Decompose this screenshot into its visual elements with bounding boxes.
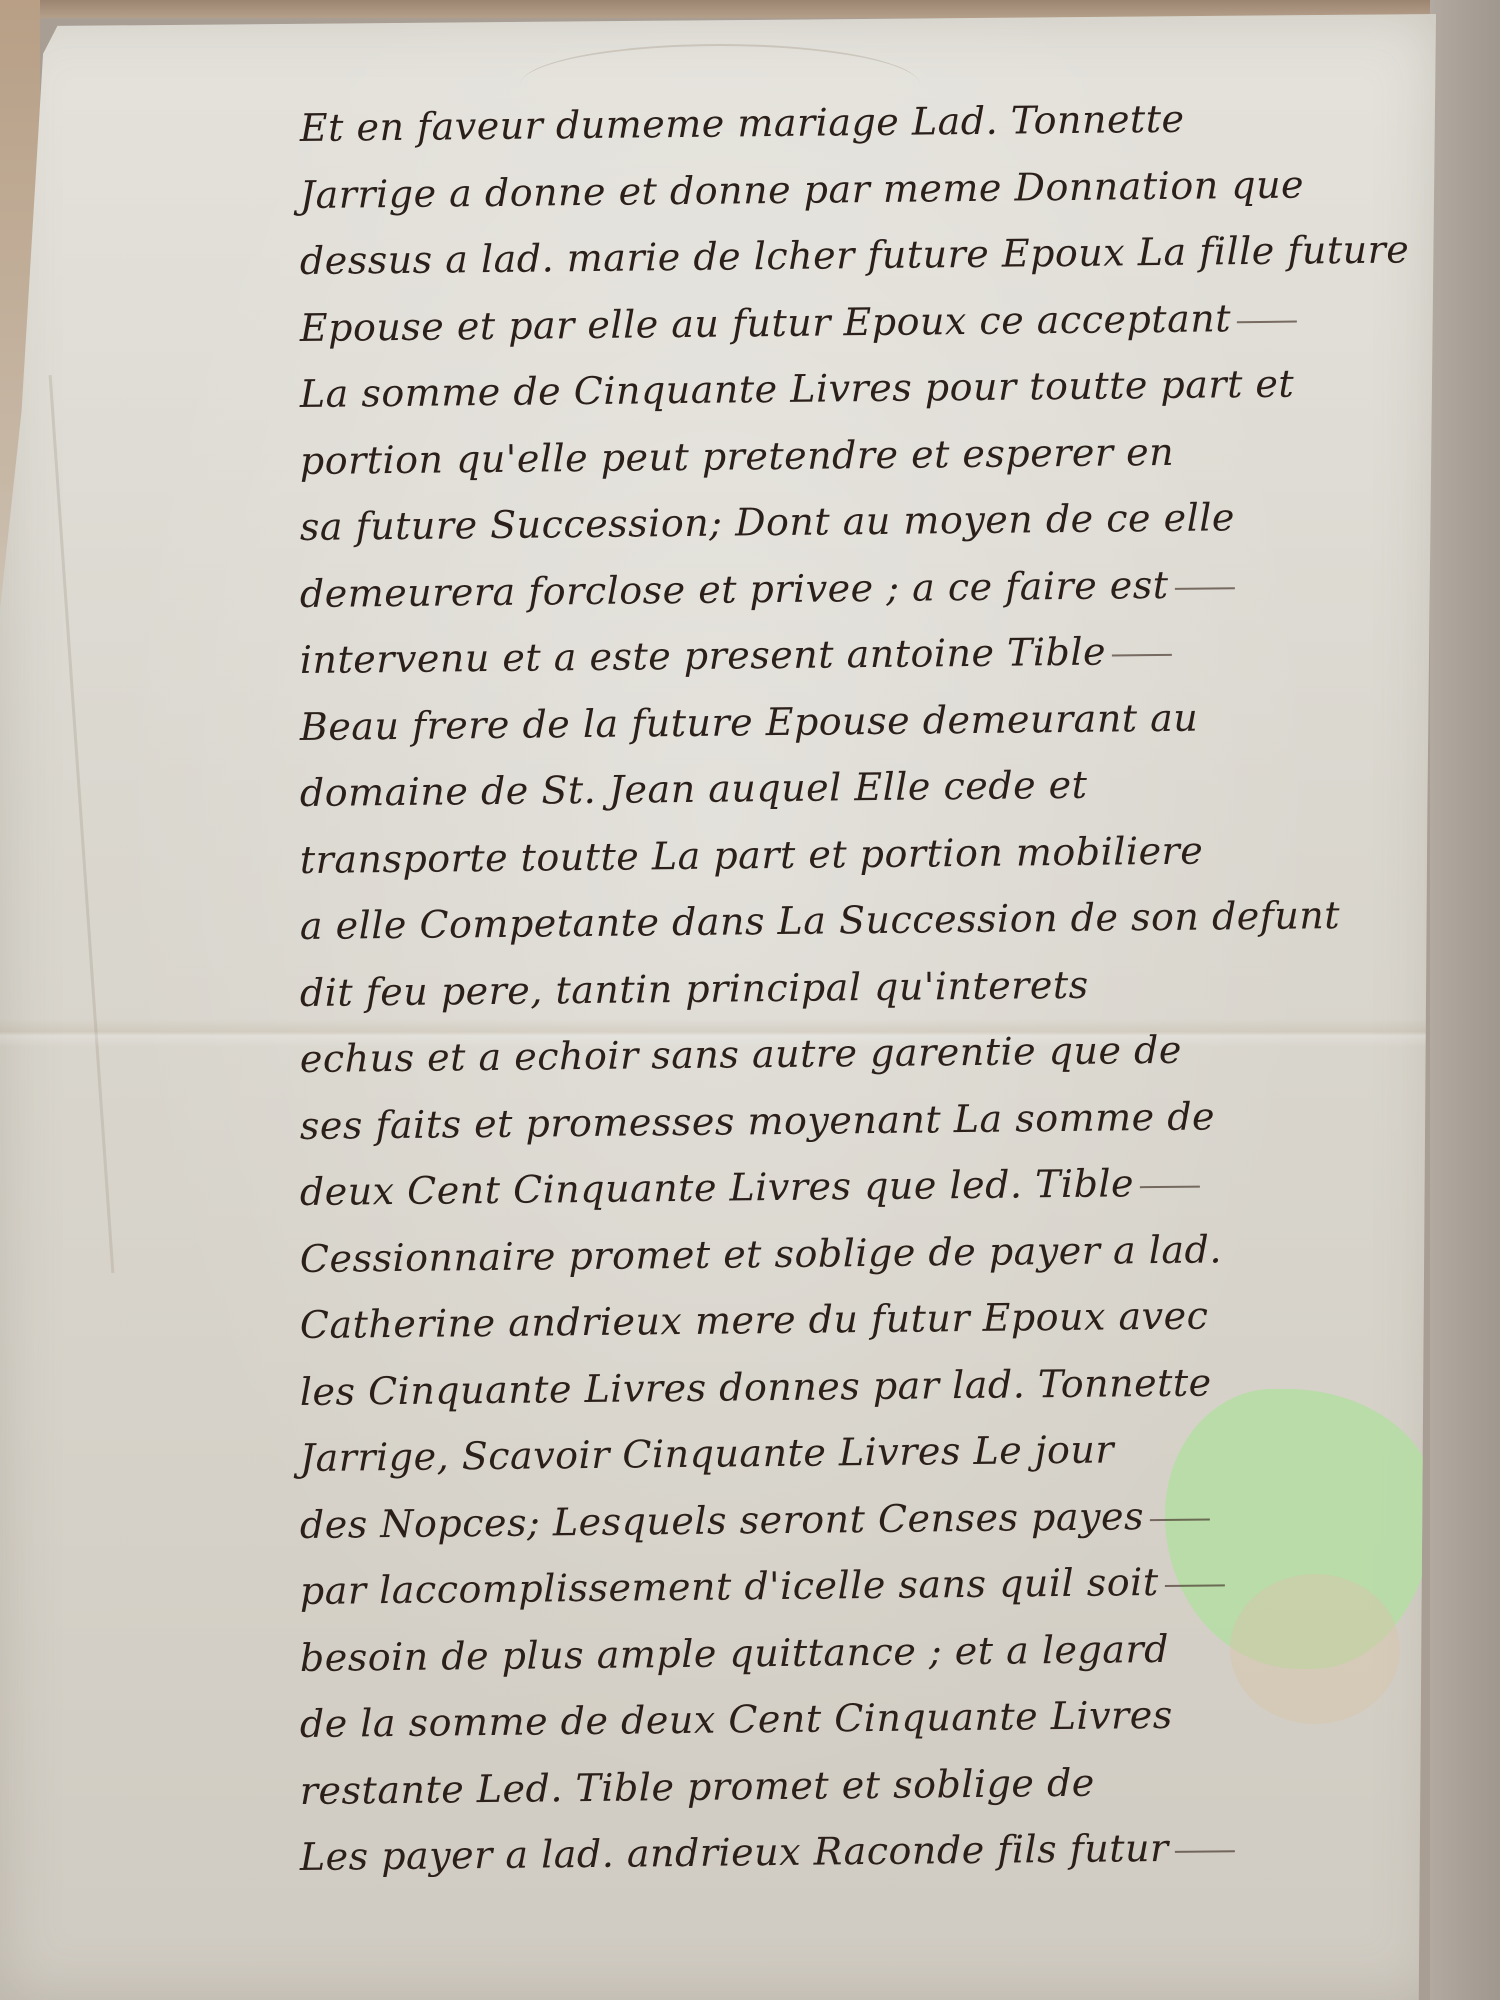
line-filler-dash	[1175, 1850, 1235, 1853]
text-line: La somme de Cinquante Livres pour toutte…	[300, 360, 1411, 438]
text-line: Catherine andrieux mere du futur Epoux a…	[300, 1291, 1411, 1369]
text-line: ses faits et promesses moyenant La somme…	[300, 1092, 1411, 1170]
text-line: Jarrige, Scavoir Cinquante Livres Le jou…	[300, 1424, 1411, 1502]
line-filler-dash	[1175, 586, 1235, 589]
text-line: Beau frere de la future Epouse demeurant…	[300, 693, 1411, 771]
text-line: echus et a echoir sans autre garentie qu…	[300, 1025, 1411, 1103]
text-line: sa future Succession; Dont au moyen de c…	[300, 493, 1411, 571]
text-line: par laccomplissement d'icelle sans quil …	[300, 1557, 1411, 1635]
line-filler-dash	[1165, 1584, 1225, 1587]
paper-crease	[49, 375, 115, 1273]
text-line: des Nopces; Lesquels seront Censes payes	[300, 1491, 1411, 1569]
text-line: Les payer a lad. andrieux Raconde fils f…	[300, 1823, 1411, 1901]
handwritten-text: Et en faveur dumeme mariage Lad. Tonnett…	[300, 106, 1410, 1902]
text-line: dessus a lad. marie de lcher future Epou…	[300, 227, 1411, 305]
text-line: de la somme de deux Cent Cinquante Livre…	[300, 1690, 1411, 1768]
text-line: a elle Competante dans La Succession de …	[300, 892, 1411, 970]
text-line: les Cinquante Livres donnes par lad. Ton…	[300, 1358, 1411, 1436]
text-line: besoin de plus ample quittance ; et a le…	[300, 1624, 1411, 1702]
text-line: deux Cent Cinquante Livres que led. Tibl…	[300, 1158, 1411, 1236]
text-line: Epouse et par elle au futur Epoux ce acc…	[300, 294, 1411, 372]
text-line: intervenu et a este present antoine Tibl…	[300, 626, 1411, 704]
text-line: demeurera forclose et privee ; a ce fair…	[300, 560, 1411, 638]
text-line: portion qu'elle peut pretendre et espere…	[300, 427, 1411, 505]
text-line: restante Led. Tible promet et soblige de	[300, 1757, 1411, 1835]
line-filler-dash	[1112, 653, 1172, 656]
line-filler-dash	[1140, 1185, 1200, 1188]
text-line: Cessionnaire promet et soblige de payer …	[300, 1225, 1411, 1303]
text-line: Et en faveur dumeme mariage Lad. Tonnett…	[300, 94, 1411, 172]
backdrop-right-edge	[1430, 0, 1500, 2000]
manuscript-paper: Et en faveur dumeme mariage Lad. Tonnett…	[0, 14, 1436, 2000]
text-line: domaine de St. Jean auquel Elle cede et	[300, 759, 1411, 837]
backdrop-top-edge	[0, 0, 1500, 18]
text-line: Jarrige a donne et donne par meme Donnat…	[300, 161, 1411, 239]
text-line: dit feu pere, tantin principal qu'intere…	[300, 959, 1411, 1037]
line-filler-dash	[1150, 1517, 1210, 1520]
text-line: transporte toutte La part et portion mob…	[300, 826, 1411, 904]
line-filler-dash	[1237, 320, 1297, 323]
